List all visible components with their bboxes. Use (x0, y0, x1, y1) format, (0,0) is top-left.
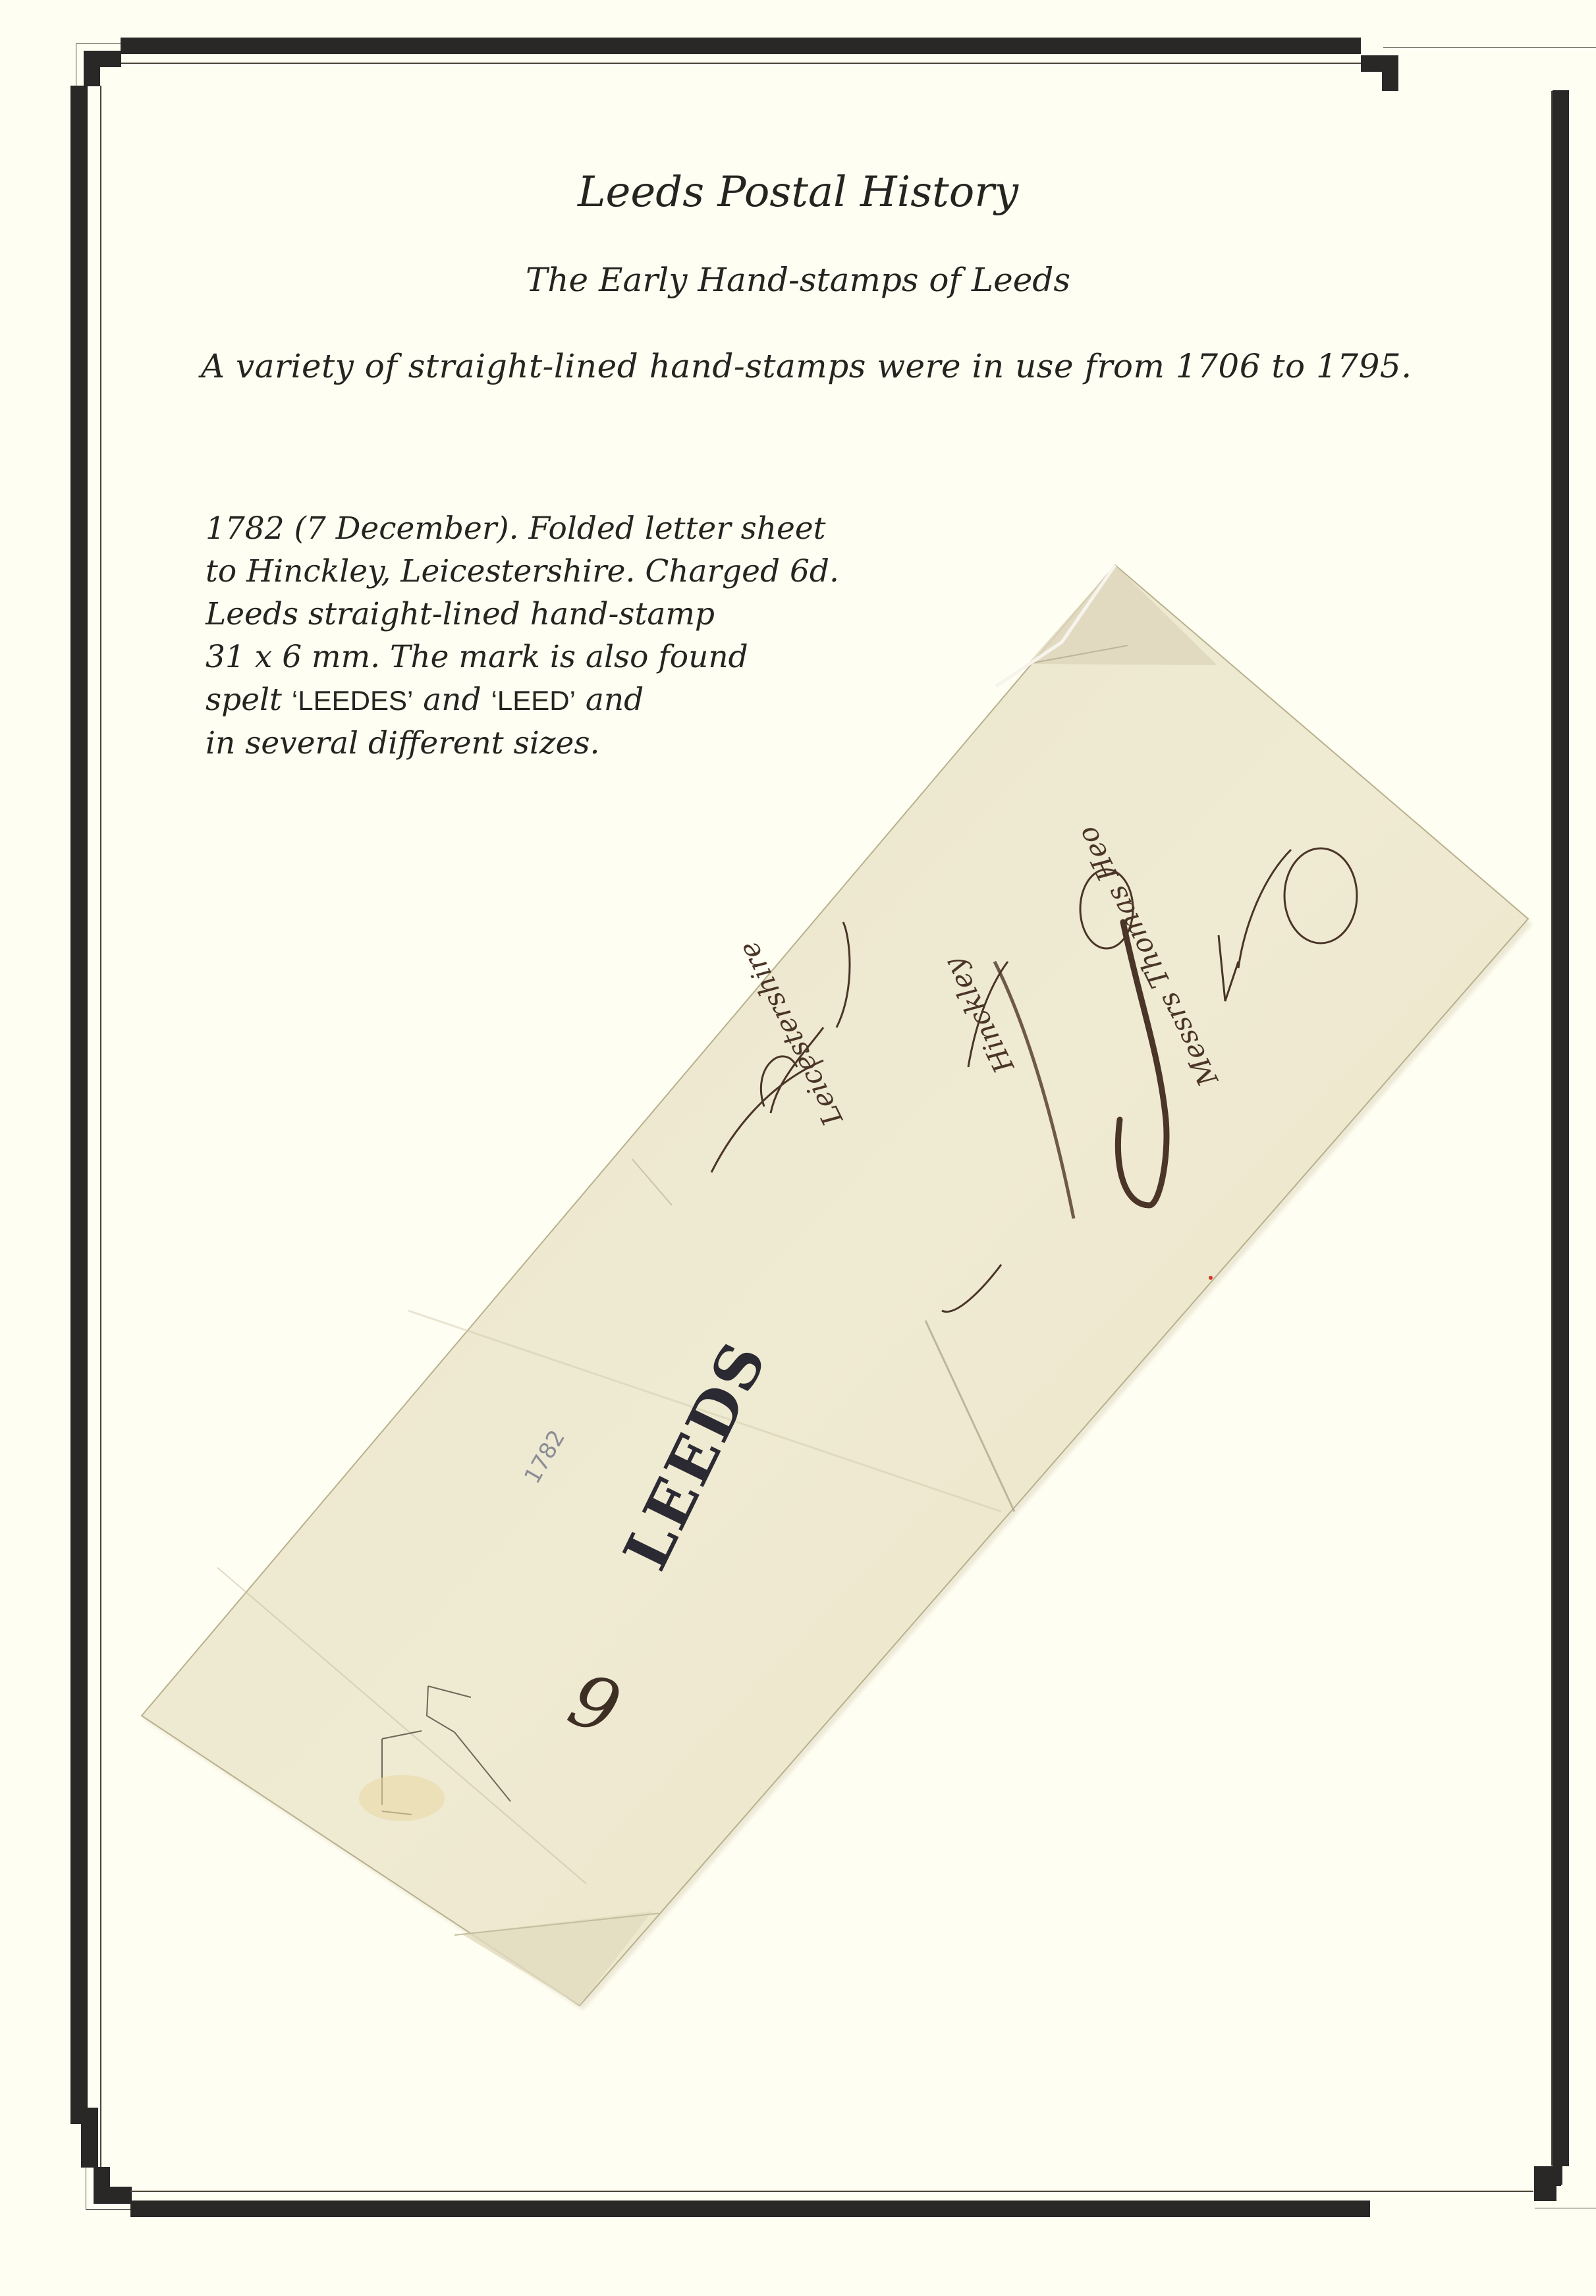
letter-top-flap (1028, 565, 1217, 665)
caption-line: Leeds straight-lined hand-stamp (206, 593, 930, 636)
manuscript-charge: 6 (559, 1654, 632, 1749)
address-line-3: Leicestershire (732, 937, 849, 1132)
fold-line (217, 1568, 586, 1884)
caption-line: 1782 (7 December). Folded letter sheet (206, 507, 930, 550)
folded-letter-sheet: LEEDS 1782 6 (0, 0, 1596, 2296)
caption-text: and (576, 682, 644, 718)
charge-text: 6 (559, 1654, 632, 1749)
leeds-handstamp: LEEDS (610, 1330, 781, 1581)
album-page: Leeds Postal History The Early Hand-stam… (0, 0, 1596, 2296)
page-title: Leeds Postal History (0, 168, 1596, 217)
border-right-step (1545, 2166, 1561, 2186)
letter-body (142, 565, 1528, 2006)
pencil-text: 1782 (519, 1426, 570, 1489)
caption-line: 31 x 6 mm. The mark is also found (206, 636, 930, 678)
fold-line (925, 1321, 1014, 1512)
address-line-1: Messrs Thomas Heo (1070, 821, 1225, 1092)
caption-line: spelt ‘LEEDES’ and ‘LEED’ and (206, 678, 930, 722)
letter-shadow (144, 570, 1532, 2010)
caption-text: spelt (206, 682, 292, 718)
address-line-2: Hinckley (937, 952, 1020, 1079)
address-text: Messrs Thomas Heo Hinckley Leicestershir… (732, 821, 1225, 1132)
manuscript-large-numeral (1118, 922, 1167, 1205)
variant-spelling-leed: ‘LEED’ (491, 685, 576, 716)
item-caption: 1782 (7 December). Folded letter sheet t… (206, 507, 930, 765)
caption-line: in several different sizes. (206, 722, 930, 765)
fold-line (408, 1311, 1001, 1512)
address-manuscript (711, 848, 1357, 1312)
page-subtitle: The Early Hand-stamps of Leeds (0, 261, 1596, 299)
border-right-bar (1553, 90, 1569, 2166)
fold-line (632, 1159, 672, 1205)
letter-bottom-flap (461, 1911, 652, 2006)
caption-line: to Hinckley, Leicestershire. Charged 6d. (206, 550, 930, 593)
intro-text: A variety of straight-lined hand-stamps … (201, 347, 1412, 385)
variant-spelling-leedes: ‘LEEDES’ (292, 685, 413, 716)
seal-cut-marks (382, 1686, 510, 1815)
handstamp-text: LEEDS (610, 1330, 781, 1581)
pencil-year-note: 1782 (519, 1426, 570, 1489)
wax-seal-residue (359, 1775, 445, 1821)
caption-text: and (413, 682, 491, 718)
